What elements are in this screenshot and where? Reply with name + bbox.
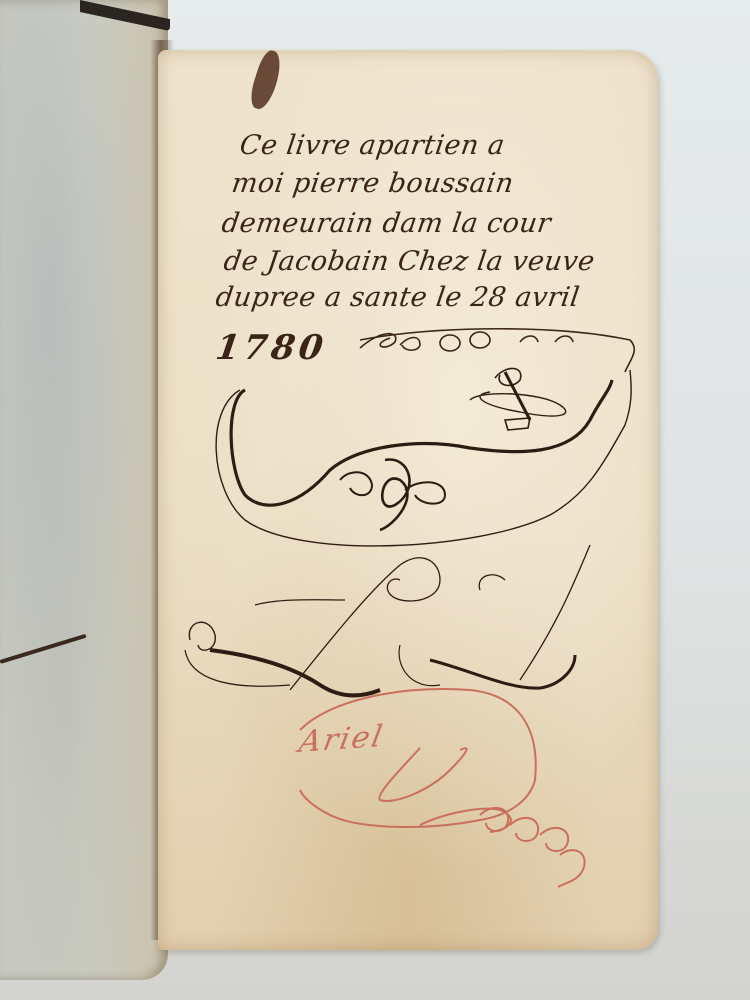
inscription-line-5: dupree a sante le 28 avril	[214, 282, 582, 313]
inscription-line-2: moi pierre boussain	[230, 168, 516, 199]
book-cover-edge	[80, 0, 170, 31]
inscription-line-3: demeurain dam la cour	[220, 208, 553, 239]
inscription-line-4: de Jacobain Chez la veuve	[222, 246, 597, 277]
inscription-year: 1780	[213, 328, 329, 368]
left-endpaper	[0, 0, 168, 980]
book-photo: Ce livre apartien a moi pierre boussain …	[0, 0, 750, 1000]
red-ink-signature: Ariel	[296, 719, 386, 760]
inscription-line-1: Ce livre apartien a	[238, 130, 507, 161]
paper-tear	[0, 634, 87, 664]
